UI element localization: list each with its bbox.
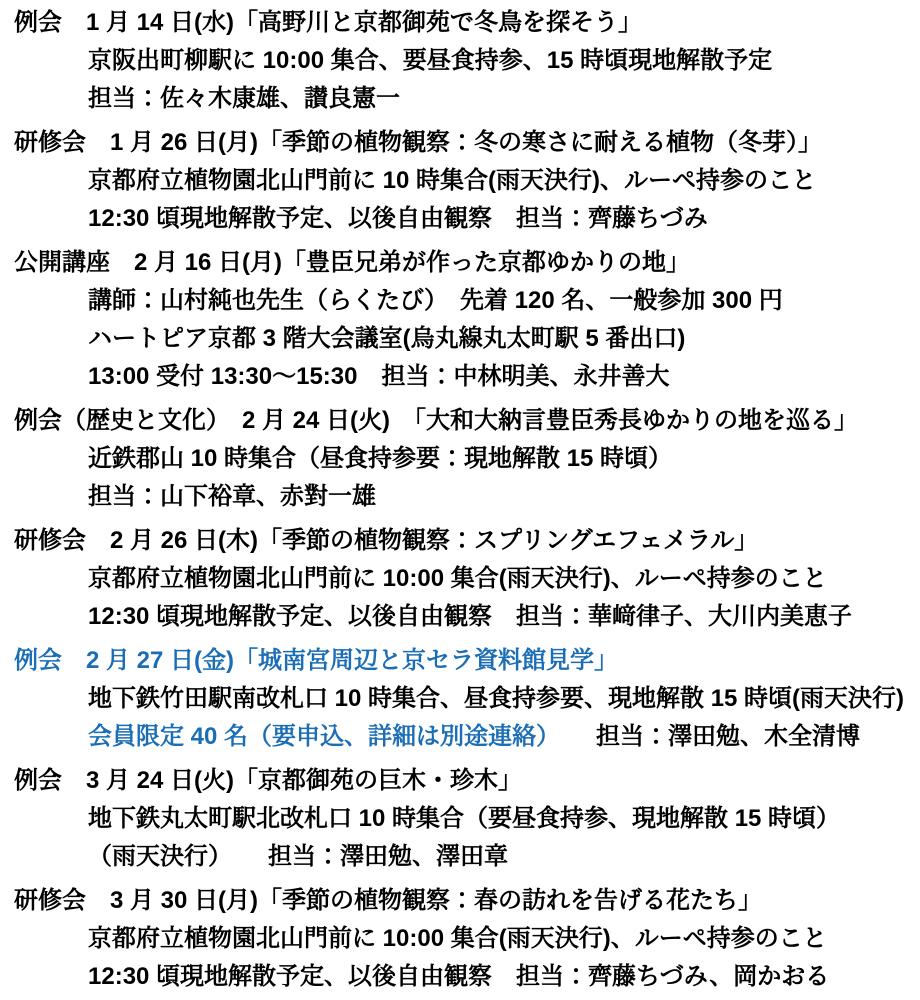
- event-text-segment: 研修会 3 月 30 日(月)「季節の植物観察：春の訪れを告げる花たち」: [14, 887, 762, 914]
- event-line: 地下鉄竹田駅南改札口 10 時集合、昼食持参要、現地解散 15 時頃(雨天決行): [14, 680, 920, 718]
- event-line: 研修会 2 月 26 日(木)「季節の植物観察：スプリングエフェメラル」: [14, 522, 920, 560]
- event-line: 例会 1 月 14 日(水)「高野川と京都御苑で冬鳥を探そう」: [14, 4, 920, 42]
- event-line: 12:30 頃現地解散予定、以後自由観察 担当：齊藤ちづみ、岡かおる: [14, 958, 920, 996]
- event-line: 京都府立植物園北山門前に 10:00 集合(雨天決行)、ルーペ持参のこと: [14, 560, 920, 598]
- event-line: 12:30 頃現地解散予定、以後自由観察 担当：華﨑律子、大川内美恵子: [14, 598, 920, 636]
- event-line: 近鉄郡山 10 時集合（昼食持参要：現地解散 15 時頃）: [14, 440, 920, 478]
- event-line: 講師：山村純也先生（らくたび） 先着 120 名、一般参加 300 円: [14, 282, 920, 320]
- event-line: ハートピア京都 3 階大会議室(烏丸線丸太町駅 5 番出口): [14, 320, 920, 358]
- event-text-segment: 講師：山村純也先生（らくたび） 先着 120 名、一般参加 300 円: [88, 287, 783, 314]
- event-text-segment: 担当：山下裕章、赤對一雄: [88, 483, 376, 510]
- event-text-segment: （雨天決行） 担当：澤田勉、澤田章: [88, 843, 508, 870]
- event-text-segment: 研修会 2 月 26 日(木)「季節の植物観察：スプリングエフェメラル」: [14, 527, 758, 554]
- event-text-segment: 京都府立植物園北山門前に 10 時集合(雨天決行)、ルーペ持参のこと: [88, 167, 816, 194]
- event-text-segment: 担当：佐々木康雄、讃良憲一: [88, 85, 400, 112]
- event-text-segment: 京都府立植物園北山門前に 10:00 集合(雨天決行)、ルーペ持参のこと: [88, 565, 827, 592]
- event-text-segment: 会員限定 40 名（要申込、詳細は別途連絡）: [88, 723, 548, 750]
- event-line: 12:30 頃現地解散予定、以後自由観察 担当：齊藤ちづみ: [14, 200, 920, 238]
- event-text-segment: 研修会 1 月 26 日(月)「季節の植物観察：冬の寒さに耐える植物（冬芽）」: [14, 129, 822, 156]
- event-entry: 例会 1 月 14 日(水)「高野川と京都御苑で冬鳥を探そう」京阪出町柳駅に 1…: [14, 4, 920, 118]
- schedule-document: 例会 1 月 14 日(水)「高野川と京都御苑で冬鳥を探そう」京阪出町柳駅に 1…: [0, 0, 920, 996]
- event-line: 京都府立植物園北山門前に 10:00 集合(雨天決行)、ルーペ持参のこと: [14, 920, 920, 958]
- event-entry: 研修会 3 月 30 日(月)「季節の植物観察：春の訪れを告げる花たち」京都府立…: [14, 882, 920, 996]
- event-line: 会員限定 40 名（要申込、詳細は別途連絡） 担当：澤田勉、木全清博: [14, 718, 920, 756]
- event-text-segment: 担当：澤田勉、木全清博: [548, 723, 860, 750]
- event-line: 公開講座 2 月 16 日(月)「豊臣兄弟が作った京都ゆかりの地」: [14, 244, 920, 282]
- event-entry: 公開講座 2 月 16 日(月)「豊臣兄弟が作った京都ゆかりの地」講師：山村純也…: [14, 244, 920, 396]
- event-text-segment: 京都府立植物園北山門前に 10:00 集合(雨天決行)、ルーペ持参のこと: [88, 925, 827, 952]
- event-text-segment: 近鉄郡山 10 時集合（昼食持参要：現地解散 15 時頃）: [88, 445, 672, 472]
- event-text-segment: 例会 2 月 27 日(金)「城南宮周辺と京セラ資料館見学」: [14, 647, 618, 674]
- event-entry: 例会（歴史と文化） 2 月 24 日(火) 「大和大納言豊臣秀長ゆかりの地を巡る…: [14, 402, 920, 516]
- event-text-segment: 例会（歴史と文化） 2 月 24 日(火) 「大和大納言豊臣秀長ゆかりの地を巡る…: [14, 407, 858, 434]
- event-line: 地下鉄丸太町駅北改札口 10 時集合（要昼食持参、現地解散 15 時頃）: [14, 800, 920, 838]
- event-text-segment: 例会 3 月 24 日(火)「京都御苑の巨木・珍木」: [14, 767, 522, 794]
- event-line: 例会 3 月 24 日(火)「京都御苑の巨木・珍木」: [14, 762, 920, 800]
- event-line: 担当：佐々木康雄、讃良憲一: [14, 80, 920, 118]
- event-text-segment: 地下鉄竹田駅南改札口 10 時集合、昼食持参要、現地解散 15 時頃(雨天決行): [88, 685, 904, 712]
- event-line: 例会（歴史と文化） 2 月 24 日(火) 「大和大納言豊臣秀長ゆかりの地を巡る…: [14, 402, 920, 440]
- event-text-segment: 13:00 受付 13:30～15:30 担当：中林明美、永井善大: [88, 363, 669, 390]
- event-text-segment: 12:30 頃現地解散予定、以後自由観察 担当：華﨑律子、大川内美恵子: [88, 603, 852, 630]
- event-text-segment: ハートピア京都 3 階大会議室(烏丸線丸太町駅 5 番出口): [88, 325, 685, 352]
- event-text-segment: 地下鉄丸太町駅北改札口 10 時集合（要昼食持参、現地解散 15 時頃）: [88, 805, 840, 832]
- event-entry: 研修会 1 月 26 日(月)「季節の植物観察：冬の寒さに耐える植物（冬芽）」京…: [14, 124, 920, 238]
- event-line: 京都府立植物園北山門前に 10 時集合(雨天決行)、ルーペ持参のこと: [14, 162, 920, 200]
- event-entry: 例会 3 月 24 日(火)「京都御苑の巨木・珍木」地下鉄丸太町駅北改札口 10…: [14, 762, 920, 876]
- event-line: 京阪出町柳駅に 10:00 集合、要昼食持参、15 時頃現地解散予定: [14, 42, 920, 80]
- event-entry: 研修会 2 月 26 日(木)「季節の植物観察：スプリングエフェメラル」京都府立…: [14, 522, 920, 636]
- event-list: 例会 1 月 14 日(水)「高野川と京都御苑で冬鳥を探そう」京阪出町柳駅に 1…: [14, 4, 920, 996]
- event-text-segment: 例会 1 月 14 日(水)「高野川と京都御苑で冬鳥を探そう」: [14, 9, 642, 36]
- event-text-segment: 12:30 頃現地解散予定、以後自由観察 担当：齊藤ちづみ、岡かおる: [88, 963, 829, 990]
- event-text-segment: 12:30 頃現地解散予定、以後自由観察 担当：齊藤ちづみ: [88, 205, 708, 232]
- event-line: 研修会 1 月 26 日(月)「季節の植物観察：冬の寒さに耐える植物（冬芽）」: [14, 124, 920, 162]
- event-line: 担当：山下裕章、赤對一雄: [14, 478, 920, 516]
- event-line: 研修会 3 月 30 日(月)「季節の植物観察：春の訪れを告げる花たち」: [14, 882, 920, 920]
- event-text-segment: 京阪出町柳駅に 10:00 集合、要昼食持参、15 時頃現地解散予定: [88, 47, 772, 74]
- event-entry: 例会 2 月 27 日(金)「城南宮周辺と京セラ資料館見学」地下鉄竹田駅南改札口…: [14, 642, 920, 756]
- event-text-segment: 公開講座 2 月 16 日(月)「豊臣兄弟が作った京都ゆかりの地」: [14, 249, 690, 276]
- event-line: 例会 2 月 27 日(金)「城南宮周辺と京セラ資料館見学」: [14, 642, 920, 680]
- event-line: （雨天決行） 担当：澤田勉、澤田章: [14, 838, 920, 876]
- event-line: 13:00 受付 13:30～15:30 担当：中林明美、永井善大: [14, 358, 920, 396]
